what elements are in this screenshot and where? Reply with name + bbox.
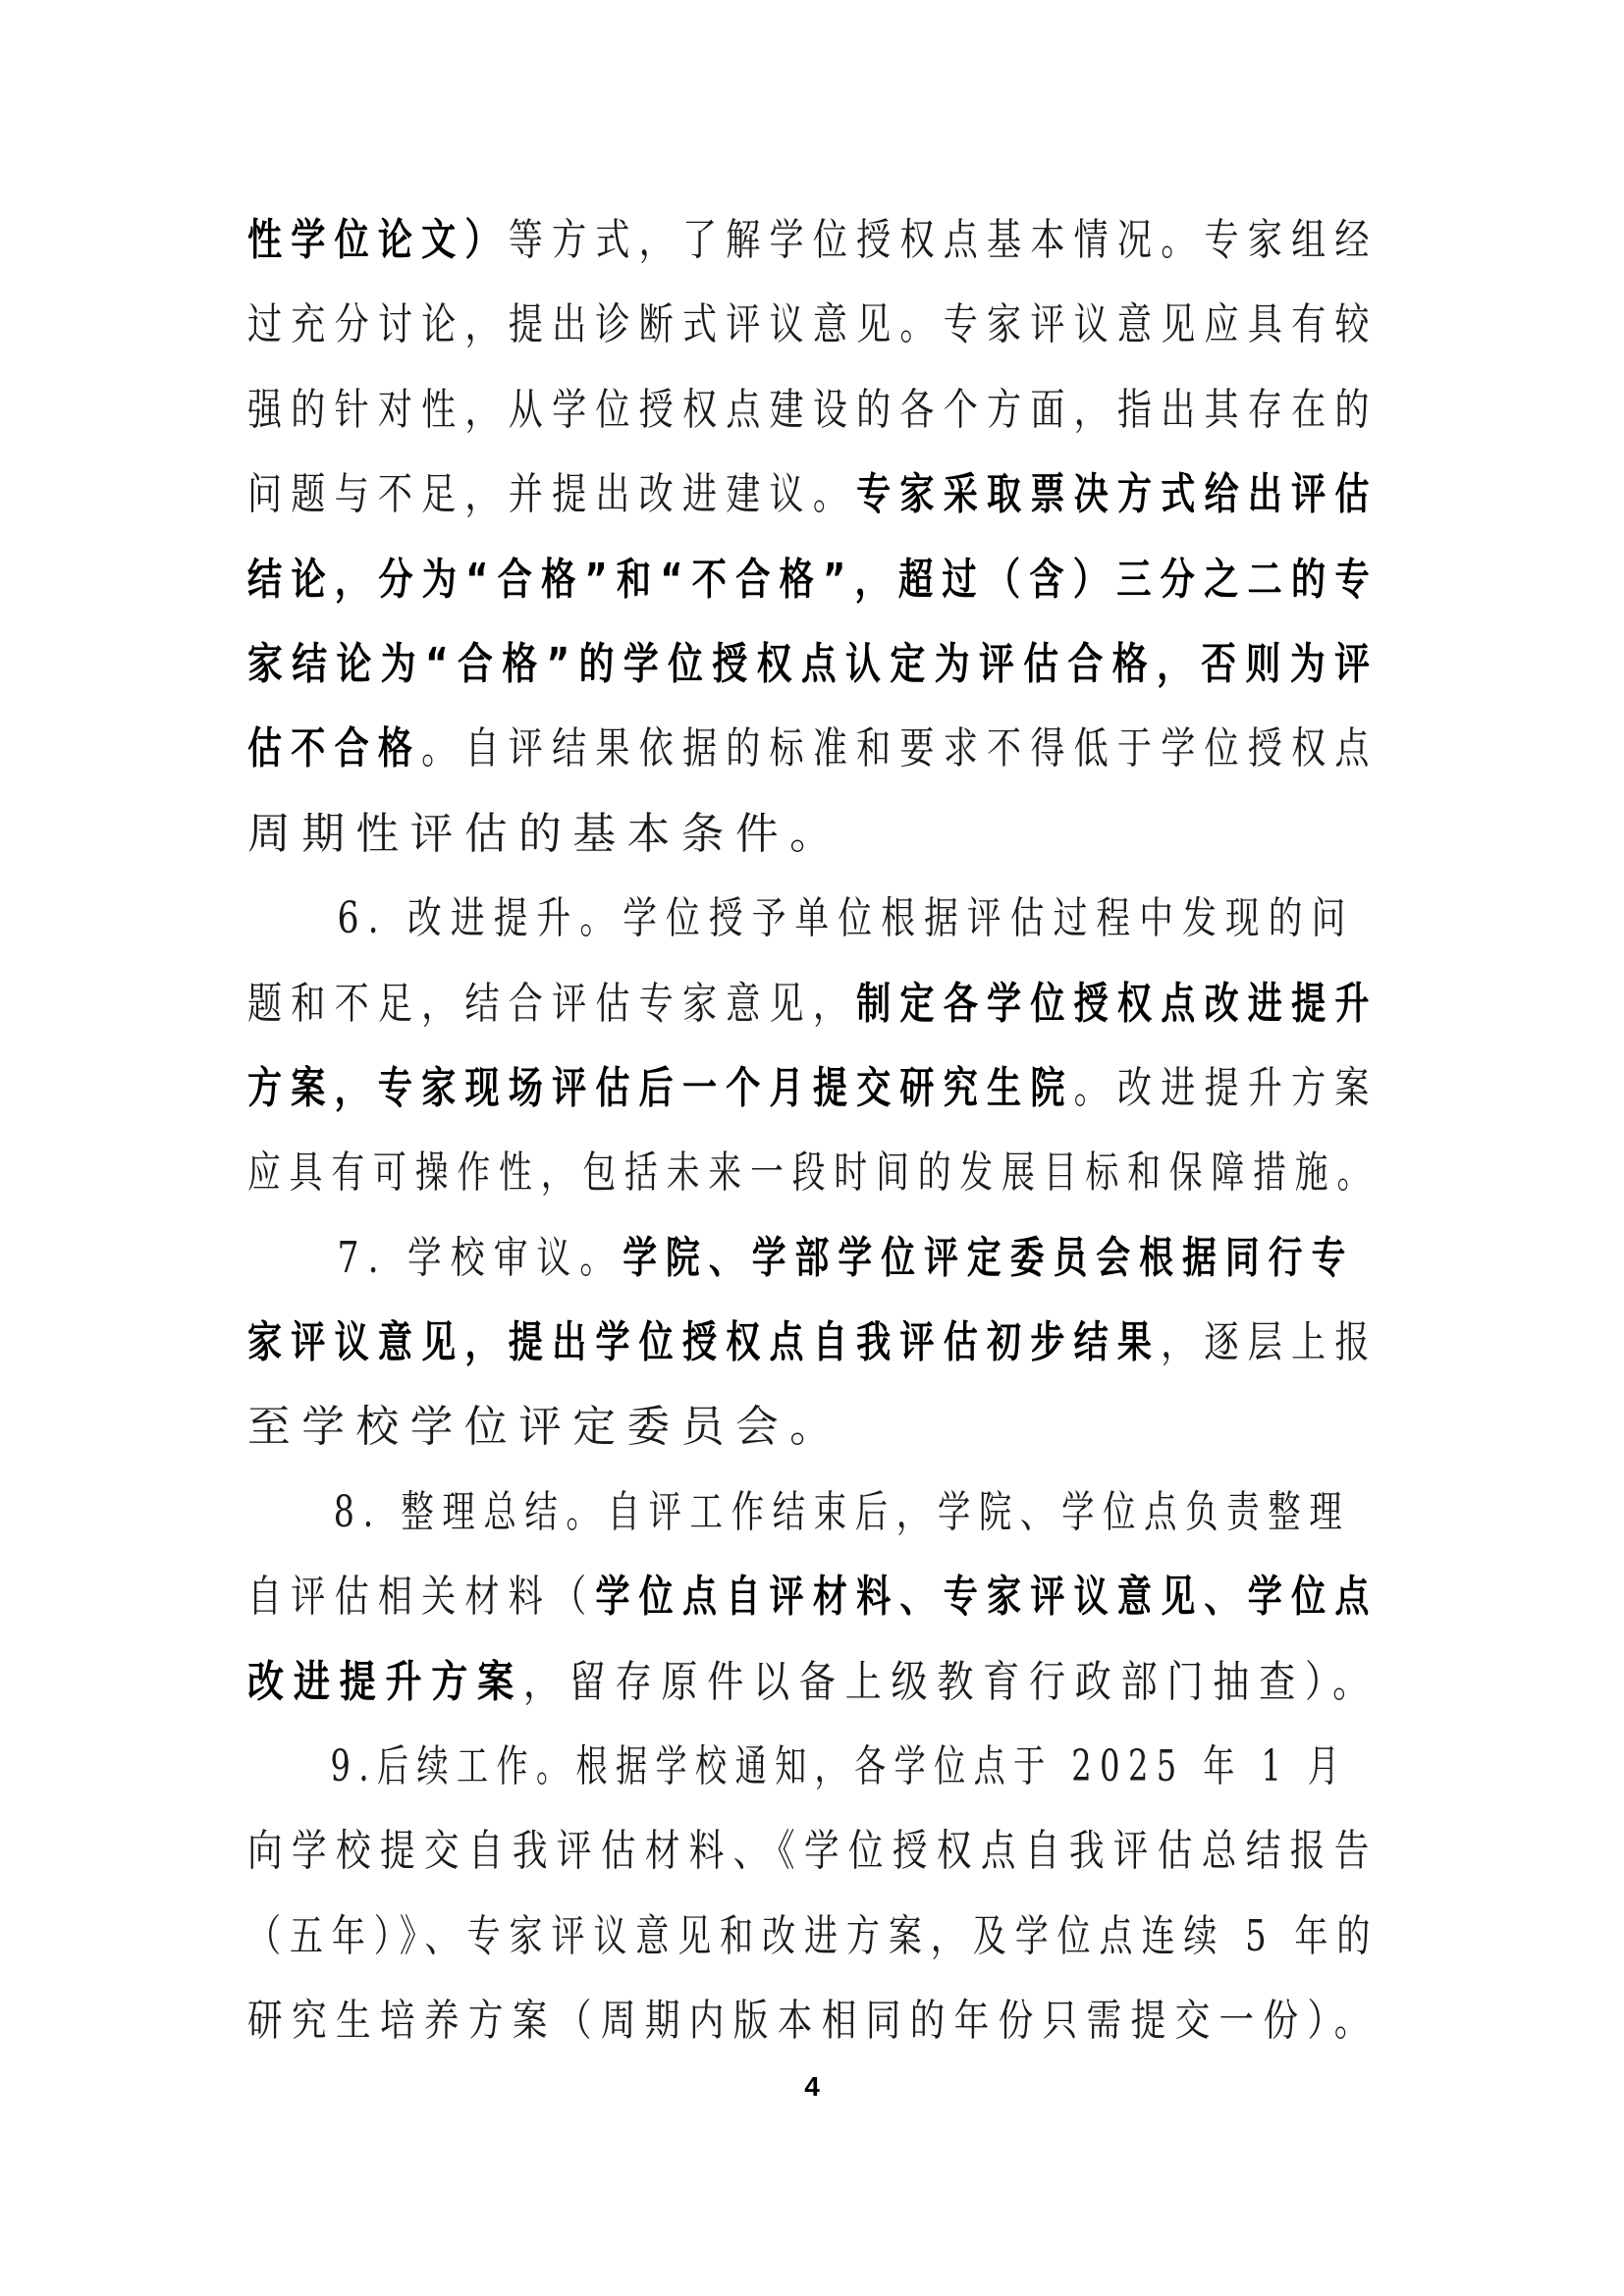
text-line: 家评议意见，提出学位授权点自我评估初步结果，逐层上报 (247, 1301, 1155, 1385)
body-text: 应具有可操作性，包括未来一段时间的发展目标和保障措施。 (247, 1148, 1379, 1198)
text-line: 家结论为“合格”的学位授权点认定为评估合格，否则为评 (247, 622, 1174, 707)
text-line: 7. 学校审议。学院、学部学位评定委员会根据同行专 (247, 1216, 1146, 1301)
text-line: （五年）》、专家评议意见和改进方案，及学位点连续 5 年的 (247, 1895, 1127, 1979)
page-number: 4 (0, 2071, 1624, 2103)
text-line: 题和不足，结合评估专家意见，制定各学位授权点改进提升 (247, 962, 1155, 1046)
text-line: 8. 整理总结。自评工作结束后，学院、学位点负责整理 (247, 1470, 1109, 1555)
text-line: 6. 改进提升。学位授予单位根据评估过程中发现的问 (247, 877, 1146, 961)
text-line: 9.后续工作。根据学校通知，各学位点于 2025 年 1 月 (247, 1725, 1077, 1809)
body-text: 。自评结果依据的标准和要求不得低于学位授权点 (421, 723, 1379, 774)
bold-text: 学位点自评材料、专家评议意见、学位点 (595, 1572, 1378, 1622)
body-text: 。改进提升方案 (1074, 1063, 1379, 1113)
bold-text: 家评议意见，提出学位授权点自我评估初步结果 (247, 1317, 1161, 1367)
bold-text: 方案，专家现场评估后一个月提交研究生院 (247, 1063, 1074, 1113)
text-line: 过充分讨论，提出诊断式评议意见。专家评议意见应具有较 (247, 283, 1155, 367)
text-line: 强的针对性，从学位授权点建设的各个方面，指出其存在的 (247, 368, 1155, 453)
text-line: 性学位论文）等方式，了解学位授权点基本情况。专家组经 (247, 198, 1155, 283)
document-body: 性学位论文）等方式，了解学位授权点基本情况。专家组经过充分讨论，提出诊断式评议意… (247, 198, 1386, 2064)
body-text: 至学校学位评定委员会。 (247, 1402, 843, 1452)
text-line: 向学校提交自我评估材料、《学位授权点自我评估总结报告 (247, 1809, 1168, 1894)
text-line: 改进提升方案，留存原件以备上级教育行政部门抽查）。 (247, 1640, 1207, 1725)
body-text: 研究生培养方案（周期内版本相同的年份只需提交一份）。 (247, 1996, 1379, 2046)
body-text: 8. 整理总结。自评工作结束后，学院、学位点负责整理 (334, 1487, 1351, 1537)
text-line: 估不合格。自评结果依据的标准和要求不得低于学位授权点 (247, 707, 1155, 791)
text-line: 方案，专家现场评估后一个月提交研究生院。改进提升方案 (247, 1046, 1155, 1131)
text-line: 周期性评估的基本条件。 (247, 792, 1379, 877)
body-text: ，逐层上报 (1161, 1317, 1378, 1367)
text-line: 问题与不足，并提出改进建议。专家采取票决方式给出评估 (247, 453, 1155, 537)
body-text: 9.后续工作。根据学校通知，各学位点于 2025 年 1 月 (331, 1741, 1348, 1791)
body-text: 自评估相关材料（ (247, 1572, 595, 1622)
bold-text: 估不合格 (247, 723, 421, 774)
body-text: 题和不足，结合评估专家意见， (247, 979, 856, 1029)
body-text: ，留存原件以备上级教育行政部门抽查）。 (523, 1657, 1379, 1707)
bold-text: 学院、学部学位评定委员会根据同行专 (623, 1233, 1354, 1283)
body-text: （五年）》、专家评议意见和改进方案，及学位点连续 5 年的 (247, 1911, 1379, 1961)
body-text: 问题与不足，并提出改进建议。 (247, 469, 856, 519)
body-text: 过充分讨论，提出诊断式评议意见。专家评议意见应具有较 (247, 299, 1379, 349)
text-line: 至学校学位评定委员会。 (247, 1385, 1379, 1469)
bold-text: 家结论为“合格”的学位授权点认定为评估合格，否则为评 (247, 639, 1379, 689)
body-text: 向学校提交自我评估材料、《学位授权点自我评估总结报告 (247, 1826, 1379, 1876)
bold-text: 改进提升方案 (247, 1657, 523, 1707)
text-line: 自评估相关材料（学位点自评材料、专家评议意见、学位点 (247, 1555, 1155, 1639)
text-line: 研究生培养方案（周期内版本相同的年份只需提交一份）。 (247, 1979, 1168, 2063)
body-text: 6. 改进提升。学位授予单位根据评估过程中发现的问 (337, 893, 1354, 943)
text-line: 结论，分为“合格”和“不合格”，超过（含）三分之二的专 (247, 538, 1158, 622)
body-text: 等方式，了解学位授权点基本情况。专家组经 (509, 215, 1379, 265)
text-line: 应具有可操作性，包括未来一段时间的发展目标和保障措施。 (247, 1131, 1121, 1215)
body-text: 周期性评估的基本条件。 (247, 809, 843, 859)
body-text: 7. 学校审议。 (337, 1233, 623, 1283)
bold-text: 专家采取票决方式给出评估 (856, 469, 1379, 519)
bold-text: 性学位论文） (247, 215, 509, 265)
bold-text: 结论，分为“合格”和“不合格”，超过（含）三分之二的专 (247, 555, 1379, 605)
document-page: 性学位论文）等方式，了解学位授权点基本情况。专家组经过充分讨论，提出诊断式评议意… (0, 0, 1624, 2296)
body-text: 强的针对性，从学位授权点建设的各个方面，指出其存在的 (247, 385, 1379, 435)
bold-text: 制定各学位授权点改进提升 (856, 979, 1379, 1029)
